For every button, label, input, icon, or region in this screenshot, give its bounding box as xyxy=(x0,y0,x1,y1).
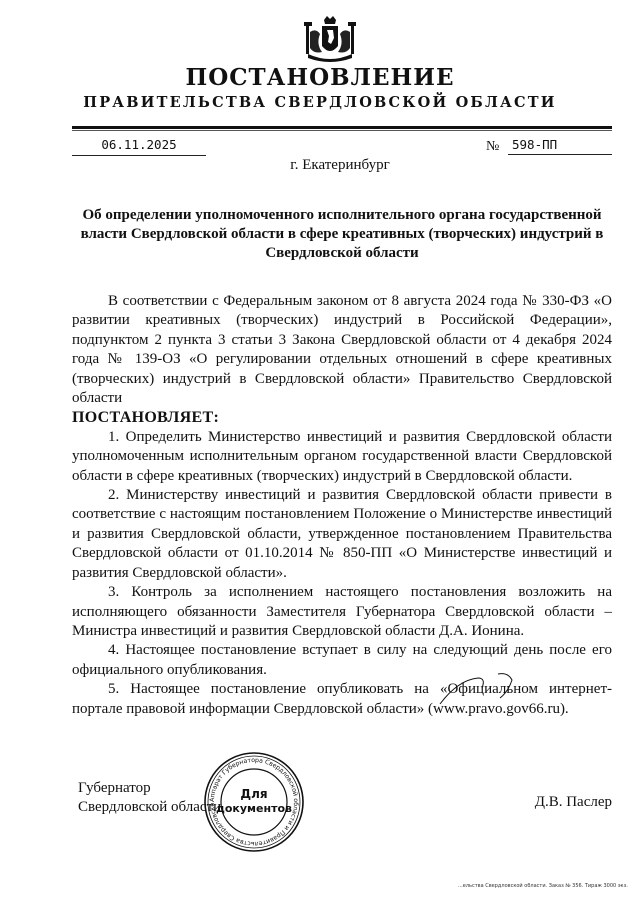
document-date: 06.11.2025 xyxy=(72,137,206,156)
signatory-position: Губернатор Свердловской области xyxy=(78,779,221,817)
document-number-block: № 598-ПП xyxy=(470,137,612,155)
number-sign: № xyxy=(486,139,499,155)
clause-2: 2. Министерству инвестиций и развития Св… xyxy=(72,486,612,583)
clause-3: 3. Контроль за исполнением настоящего по… xyxy=(72,583,612,641)
header-divider-thin xyxy=(72,130,612,131)
document-page: ПОСТАНОВЛЕНИЕ ПРАВИТЕЛЬСТВА СВЕРДЛОВСКОЙ… xyxy=(0,0,640,905)
coat-of-arms-icon xyxy=(302,14,358,64)
clause-1: 1. Определить Министерство инвестиций и … xyxy=(72,428,612,486)
stamp-center-line2: документов xyxy=(216,802,292,815)
resolves-heading: ПОСТАНОВЛЯЕТ: xyxy=(72,408,612,427)
print-note: ...ельства Свердловской области. Заказ №… xyxy=(458,883,628,889)
issuing-authority: ПРАВИТЕЛЬСТВА СВЕРДЛОВСКОЙ ОБЛАСТИ xyxy=(0,94,640,111)
signatory-position-line1: Губернатор xyxy=(78,779,221,798)
document-number: 598-ПП xyxy=(508,137,612,155)
stamp-center-line1: Для xyxy=(240,787,267,801)
city: г. Екатеринбург xyxy=(0,157,640,174)
header-divider xyxy=(72,126,612,129)
signatory-name: Д.В. Паслер xyxy=(535,794,612,811)
document-title: Об определении уполномоченного исполните… xyxy=(72,206,612,263)
signatory-position-line2: Свердловской области xyxy=(78,798,221,817)
preamble: В соответствии с Федеральным законом от … xyxy=(72,292,612,408)
handwritten-signature-mark xyxy=(438,670,558,710)
document-type: ПОСТАНОВЛЕНИЕ xyxy=(0,64,640,91)
document-body: В соответствии с Федеральным законом от … xyxy=(72,292,612,719)
official-seal-stamp: Аппарат Губернатора Свердловской области… xyxy=(203,751,305,853)
